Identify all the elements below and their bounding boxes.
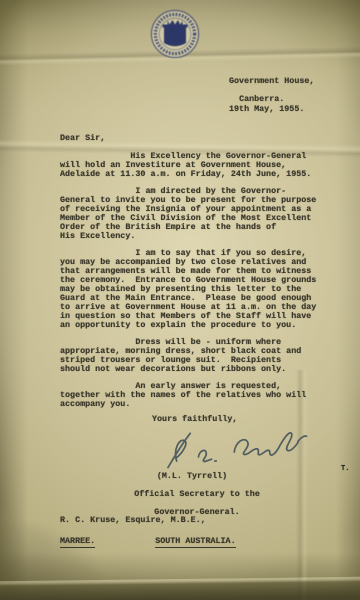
signatory-printed-name: (M.L. Tyrrell) [157, 471, 227, 481]
signature-block: (M.L. Tyrrell) Official Secretary to the… [114, 472, 270, 517]
paragraph-arrangements: I am to say that if you so desire, you m… [60, 249, 328, 330]
recipient-address-row: MARREE.SOUTH AUSTRALIA. [60, 537, 236, 548]
letterhead-address: Government House, Canberra. [229, 77, 314, 104]
letter-body: Dear Sir, His Excellency the Governor-Ge… [60, 134, 328, 424]
paragraph-investiture: His Excellency the Governor-General will… [60, 152, 328, 179]
recipient-name: R. C. Kruse, Esquire, M.B.E., [60, 516, 206, 525]
recipient-state: SOUTH AUSTRALIA. [155, 537, 235, 548]
margin-ink-mark: T. [341, 465, 349, 474]
governor-general-seal-icon [148, 6, 202, 62]
letter-photograph: Government House, Canberra. 19th May, 19… [0, 0, 360, 600]
signatory-title-line1: Official Secretary to the [134, 489, 260, 499]
paper-fold-bottom-edge [0, 577, 360, 600]
letterhead-office-line1: Government House, [229, 76, 314, 86]
handwritten-signature [149, 418, 321, 477]
salutation: Dear Sir, [60, 134, 328, 143]
letter-date: 19th May, 1955. [229, 105, 304, 114]
recipient-town: MARREE. [60, 537, 95, 548]
paragraph-dress-code: Dress will be - uniform where appropriat… [60, 338, 328, 374]
paragraph-reply-request: An early answer is requested, together w… [60, 382, 328, 409]
paragraph-invitation: I am directed by the Governor- General t… [60, 187, 328, 241]
letterhead-office-line2: Canberra. [239, 94, 284, 104]
